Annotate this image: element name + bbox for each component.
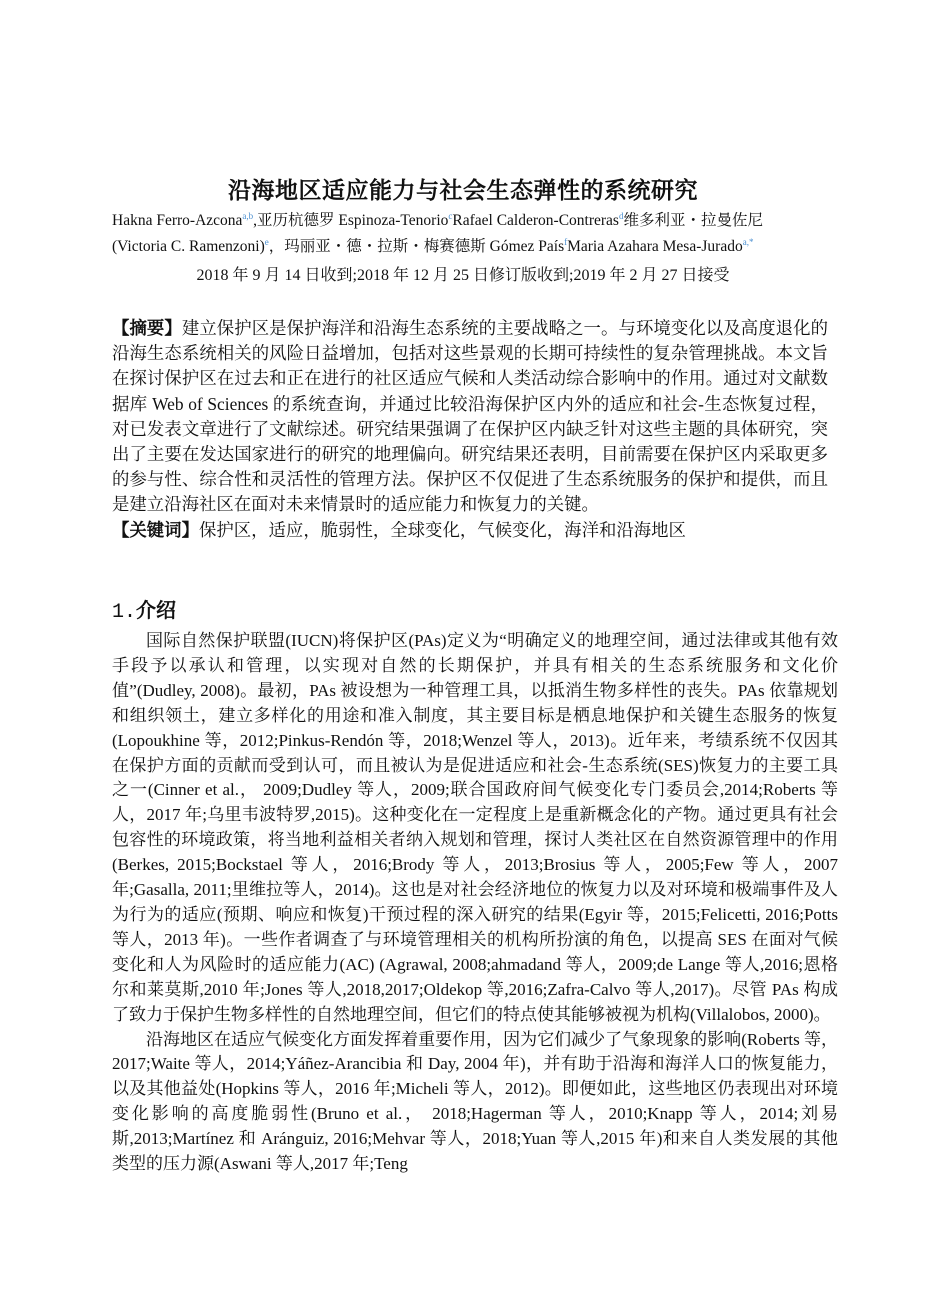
section-name: 介绍	[136, 598, 176, 622]
author-name: (Victoria C. Ramenzoni)	[112, 238, 265, 255]
submission-dates: 2018 年 9 月 14 日收到;2018 年 12 月 25 日修订版收到;…	[0, 262, 926, 285]
abstract-label: 【摘要】	[112, 318, 182, 338]
body-text: 国际自然保护联盟(IUCN)将保护区(PAs)定义为“明确定义的地理空间，通过法…	[112, 629, 838, 1177]
affiliation-marker: a,b	[242, 211, 253, 221]
author-name: Hakna Ferro-Azcona	[112, 212, 242, 229]
author-separator: 维多利亚・拉曼佐尼	[623, 212, 763, 229]
abstract-text: 建立保护区是保护海洋和沿海生态系统的主要战略之一。与环境变化以及高度退化的沿海生…	[112, 318, 828, 514]
section-number: 1.	[112, 601, 136, 624]
paragraph: 沿海地区在适应气候变化方面发挥着重要作用，因为它们减少了气象现象的影响(Robe…	[112, 1028, 838, 1177]
abstract-block: 【摘要】建立保护区是保护海洋和沿海生态系统的主要战略之一。与环境变化以及高度退化…	[112, 316, 828, 543]
author-name: Maria Azahara Mesa-Jurado	[567, 238, 743, 255]
author-separator: ,亚历杭德罗	[253, 212, 338, 229]
section-heading: 1.介绍	[112, 594, 176, 624]
paper-page: 沿海地区适应能力与社会生态弹性的系统研究 Hakna Ferro-Azconaa…	[0, 0, 926, 1309]
author-separator: ，玛丽亚・德・拉斯・梅赛德斯	[269, 238, 490, 255]
author-name: Espinoza-Tenorio	[338, 212, 448, 229]
keywords-line: 【关键词】保护区，适应，脆弱性，全球变化，气候变化，海洋和沿海地区	[112, 518, 828, 543]
keywords-text: 保护区，适应，脆弱性，全球变化，气候变化，海洋和沿海地区	[199, 520, 686, 540]
author-list: Hakna Ferro-Azconaa,b,亚历杭德罗 Espinoza-Ten…	[112, 208, 832, 260]
paragraph: 国际自然保护联盟(IUCN)将保护区(PAs)定义为“明确定义的地理空间，通过法…	[112, 629, 838, 1028]
paper-title: 沿海地区适应能力与社会生态弹性的系统研究	[0, 172, 926, 205]
keywords-label: 【关键词】	[112, 520, 199, 540]
affiliation-marker: a,*	[743, 237, 754, 247]
author-name: Rafael Calderon-Contreras	[452, 212, 619, 229]
author-name: Gómez País	[490, 238, 564, 255]
